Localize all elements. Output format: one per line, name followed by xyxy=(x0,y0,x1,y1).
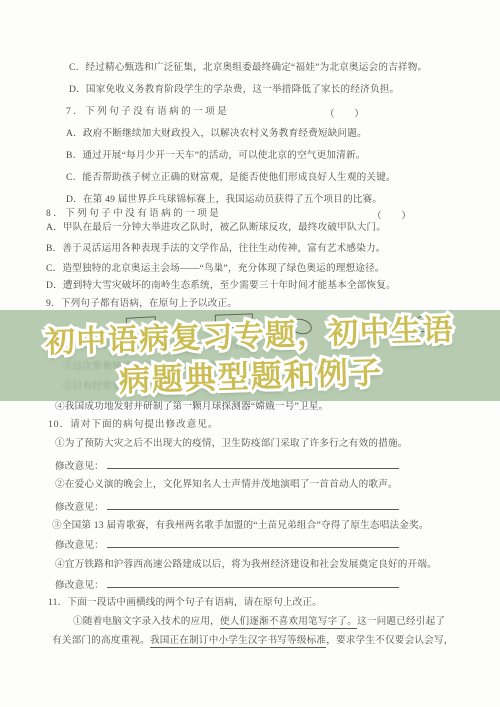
q10-revision-row-4: 修改意见： xyxy=(55,577,399,591)
worksheet-page: C．经过精心甄选和广泛征集，北京奥组委最终确定“福娃”为北京奥运会的吉祥物。 D… xyxy=(0,0,500,707)
q6-option-d: D．国家免收义务教育阶段学生的学杂费，这一举措降低了家长的经济负担。 xyxy=(69,84,399,96)
answer-blank-line xyxy=(107,459,399,469)
q10-item-1: ①为了预防大灾之后不出现大的疫情，卫生防疫部门采取了许多行之有效的措施。 xyxy=(55,438,408,450)
revision-label: 修改意见： xyxy=(55,461,104,472)
q10-item-4: ④宜万铁路和沪蓉西高速公路建成以后，将为我州经济建设和社会发展奠定良好的开端。 xyxy=(55,559,437,571)
q11-l2-post: ，要求学生不仅要会认会写， xyxy=(326,635,453,646)
answer-blank-line xyxy=(107,538,399,548)
overlay-title: 初中语病复习专题，初中生语 初中语病复习专题，初中生语 病题典型题和例子 病题典… xyxy=(0,303,500,399)
q8-option-d: D．遭到特大雪灾破坏的南岭生态系统，至少需要三十年时间才能基本全部恢复。 xyxy=(46,280,396,292)
q8-option-a: A．甲队在最后一分钟大举进攻乙队时，被乙队断球反攻，最终攻破甲队大门。 xyxy=(46,222,386,234)
q11-l2-pre: 有关部门的高度重视。 xyxy=(52,635,150,646)
q7-option-d: D．在第 49 届世界乒乓球锦标赛上，我国运动员获得了五个项目的比赛。 xyxy=(66,194,382,206)
q11-paragraph-line-1: ①随着电脑文字录入技术的应用，使人们逐渐不喜欢用笔写字了。这一问题已经引起了 xyxy=(73,616,445,628)
answer-blank-line xyxy=(107,578,399,588)
q7-answer-bracket: （ ） xyxy=(325,106,364,120)
q7-option-c: C．能否帮助孩子树立正确的财富观，是能否使他们形成良好人生观的关键。 xyxy=(66,172,396,184)
revision-label: 修改意见： xyxy=(55,580,104,591)
q8-option-c: C．造型独特的北京奥运主会场——“鸟巢”，充分体现了绿色奥运的理想途径。 xyxy=(46,263,385,275)
q9-item-4: ④我国成功地发射并研制了第一颗月球探测器“嫦娥一号”卫星。 xyxy=(55,401,328,413)
q7-option-a: A．政府不断继续加大财政投入，以解决农村义务教育经费短缺问题。 xyxy=(66,128,367,140)
q9-stem: 9．下列句子都有语病，在原句上予以改正。 xyxy=(46,298,237,310)
q11-paragraph-line-2: 有关部门的高度重视。我国正在制订中小学生汉字书写等级标准，要求学生不仅要会认会写… xyxy=(52,635,454,647)
q11-underlined-sentence-2: 我国正在制订中小学生汉字书写等级标准 xyxy=(150,635,326,648)
q11-underlined-sentence-1: 使人们逐渐不喜欢用笔写字了。 xyxy=(220,616,357,629)
q10-item-2: ②在爱心义演的晚会上，文化界知名人士声情并茂地演唱了一首首动人的歌声。 xyxy=(55,479,398,491)
q10-revision-row-2: 修改意见： xyxy=(55,499,399,513)
answer-blank-line xyxy=(107,500,399,510)
q11-stem: 11．下面一段话中画横线的两个句子有语病，请在原句上改正。 xyxy=(48,597,322,609)
q10-stem: 10．请对下面的病句提出修改意见。 xyxy=(48,419,219,431)
q10-revision-row-3: 修改意见： xyxy=(55,537,399,551)
q10-revision-row-1: 修改意见： xyxy=(55,458,399,472)
q7-stem: 7．下列句子没有语病的一项是 xyxy=(66,106,229,118)
q11-l1-post: 这一问题已经引起了 xyxy=(357,616,445,627)
q6-option-c: C．经过精心甄选和广泛征集，北京奥组委最终确定“福娃”为北京奥运会的吉祥物。 xyxy=(69,62,427,74)
q10-item-3: ③全国第 13 届青歌赛，有我州两名歌手加盟的“土苗兄弟组合”夺得了原生态唱法金… xyxy=(52,520,429,532)
revision-label: 修改意见： xyxy=(55,502,104,513)
q8-answer-bracket: （ ） xyxy=(372,208,411,222)
q8-stem: 8．下列句子中没有语病的一项是 xyxy=(46,208,221,220)
q8-option-b: B．善于灵活运用各种表现手法的文学作品，往往生动传神，富有艺术感染力。 xyxy=(46,243,386,255)
q7-option-b: B．通过开展“每月少开一天车”的活动，可以使北京的空气更加清新。 xyxy=(66,150,366,162)
revision-label: 修改意见： xyxy=(55,540,104,551)
q11-l1-pre: ①随着电脑文字录入技术的应用， xyxy=(73,616,220,627)
